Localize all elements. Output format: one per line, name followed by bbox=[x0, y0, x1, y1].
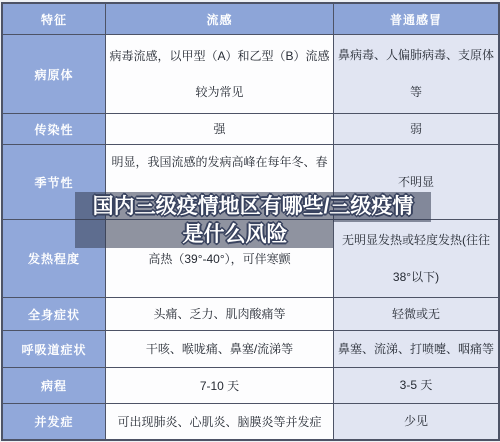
row-label-systemic-symptoms: 全身症状 bbox=[3, 298, 105, 330]
watermark-line-2: 是什么风险 bbox=[75, 222, 431, 248]
row-label-pathogen: 病原体 bbox=[3, 35, 105, 113]
column-header-flu: 流感 bbox=[106, 4, 333, 34]
cold-cell-contagiousness: 弱 bbox=[334, 114, 498, 144]
row-label-duration: 病程 bbox=[3, 368, 105, 403]
flu-cell-respiratory-symptoms: 干咳、喉咙痛、鼻塞/流涕等 bbox=[106, 331, 333, 367]
column-header-cold: 普通感冒 bbox=[334, 4, 498, 34]
column-header-feature: 特征 bbox=[3, 4, 105, 34]
row-label-contagiousness: 传染性 bbox=[3, 114, 105, 144]
cold-cell-respiratory-symptoms: 鼻塞、流涕、打喷嚏、咽痛等 bbox=[334, 331, 498, 367]
flu-cell-pathogen: 病毒流感，以甲型（A）和乙型（B）流感较为常见 bbox=[106, 35, 333, 113]
row-label-respiratory-symptoms: 呼吸道症状 bbox=[3, 331, 105, 367]
watermark-line-2-text: 是什么风险 bbox=[57, 222, 413, 248]
flu-cell-contagiousness: 强 bbox=[106, 114, 333, 144]
watermark-line-1: 国内三级疫情地区有哪些/三级疫情 bbox=[75, 192, 431, 222]
cold-cell-duration: 3-5 天 bbox=[334, 368, 498, 403]
cold-cell-systemic-symptoms: 轻微或无 bbox=[334, 298, 498, 330]
flu-cell-systemic-symptoms: 头痛、乏力、肌肉酸痛等 bbox=[106, 298, 333, 330]
row-label-complications: 并发症 bbox=[3, 404, 105, 439]
flu-cell-duration: 7-10 天 bbox=[106, 368, 333, 403]
watermark-overlay: 国内三级疫情地区有哪些/三级疫情 是什么风险 bbox=[75, 192, 431, 248]
cold-cell-complications: 少见 bbox=[334, 404, 498, 439]
cold-cell-pathogen: 鼻病毒、人偏肺病毒、支原体等 bbox=[334, 35, 498, 113]
flu-cell-complications: 可出现肺炎、心肌炎、脑膜炎等并发症 bbox=[106, 404, 333, 439]
